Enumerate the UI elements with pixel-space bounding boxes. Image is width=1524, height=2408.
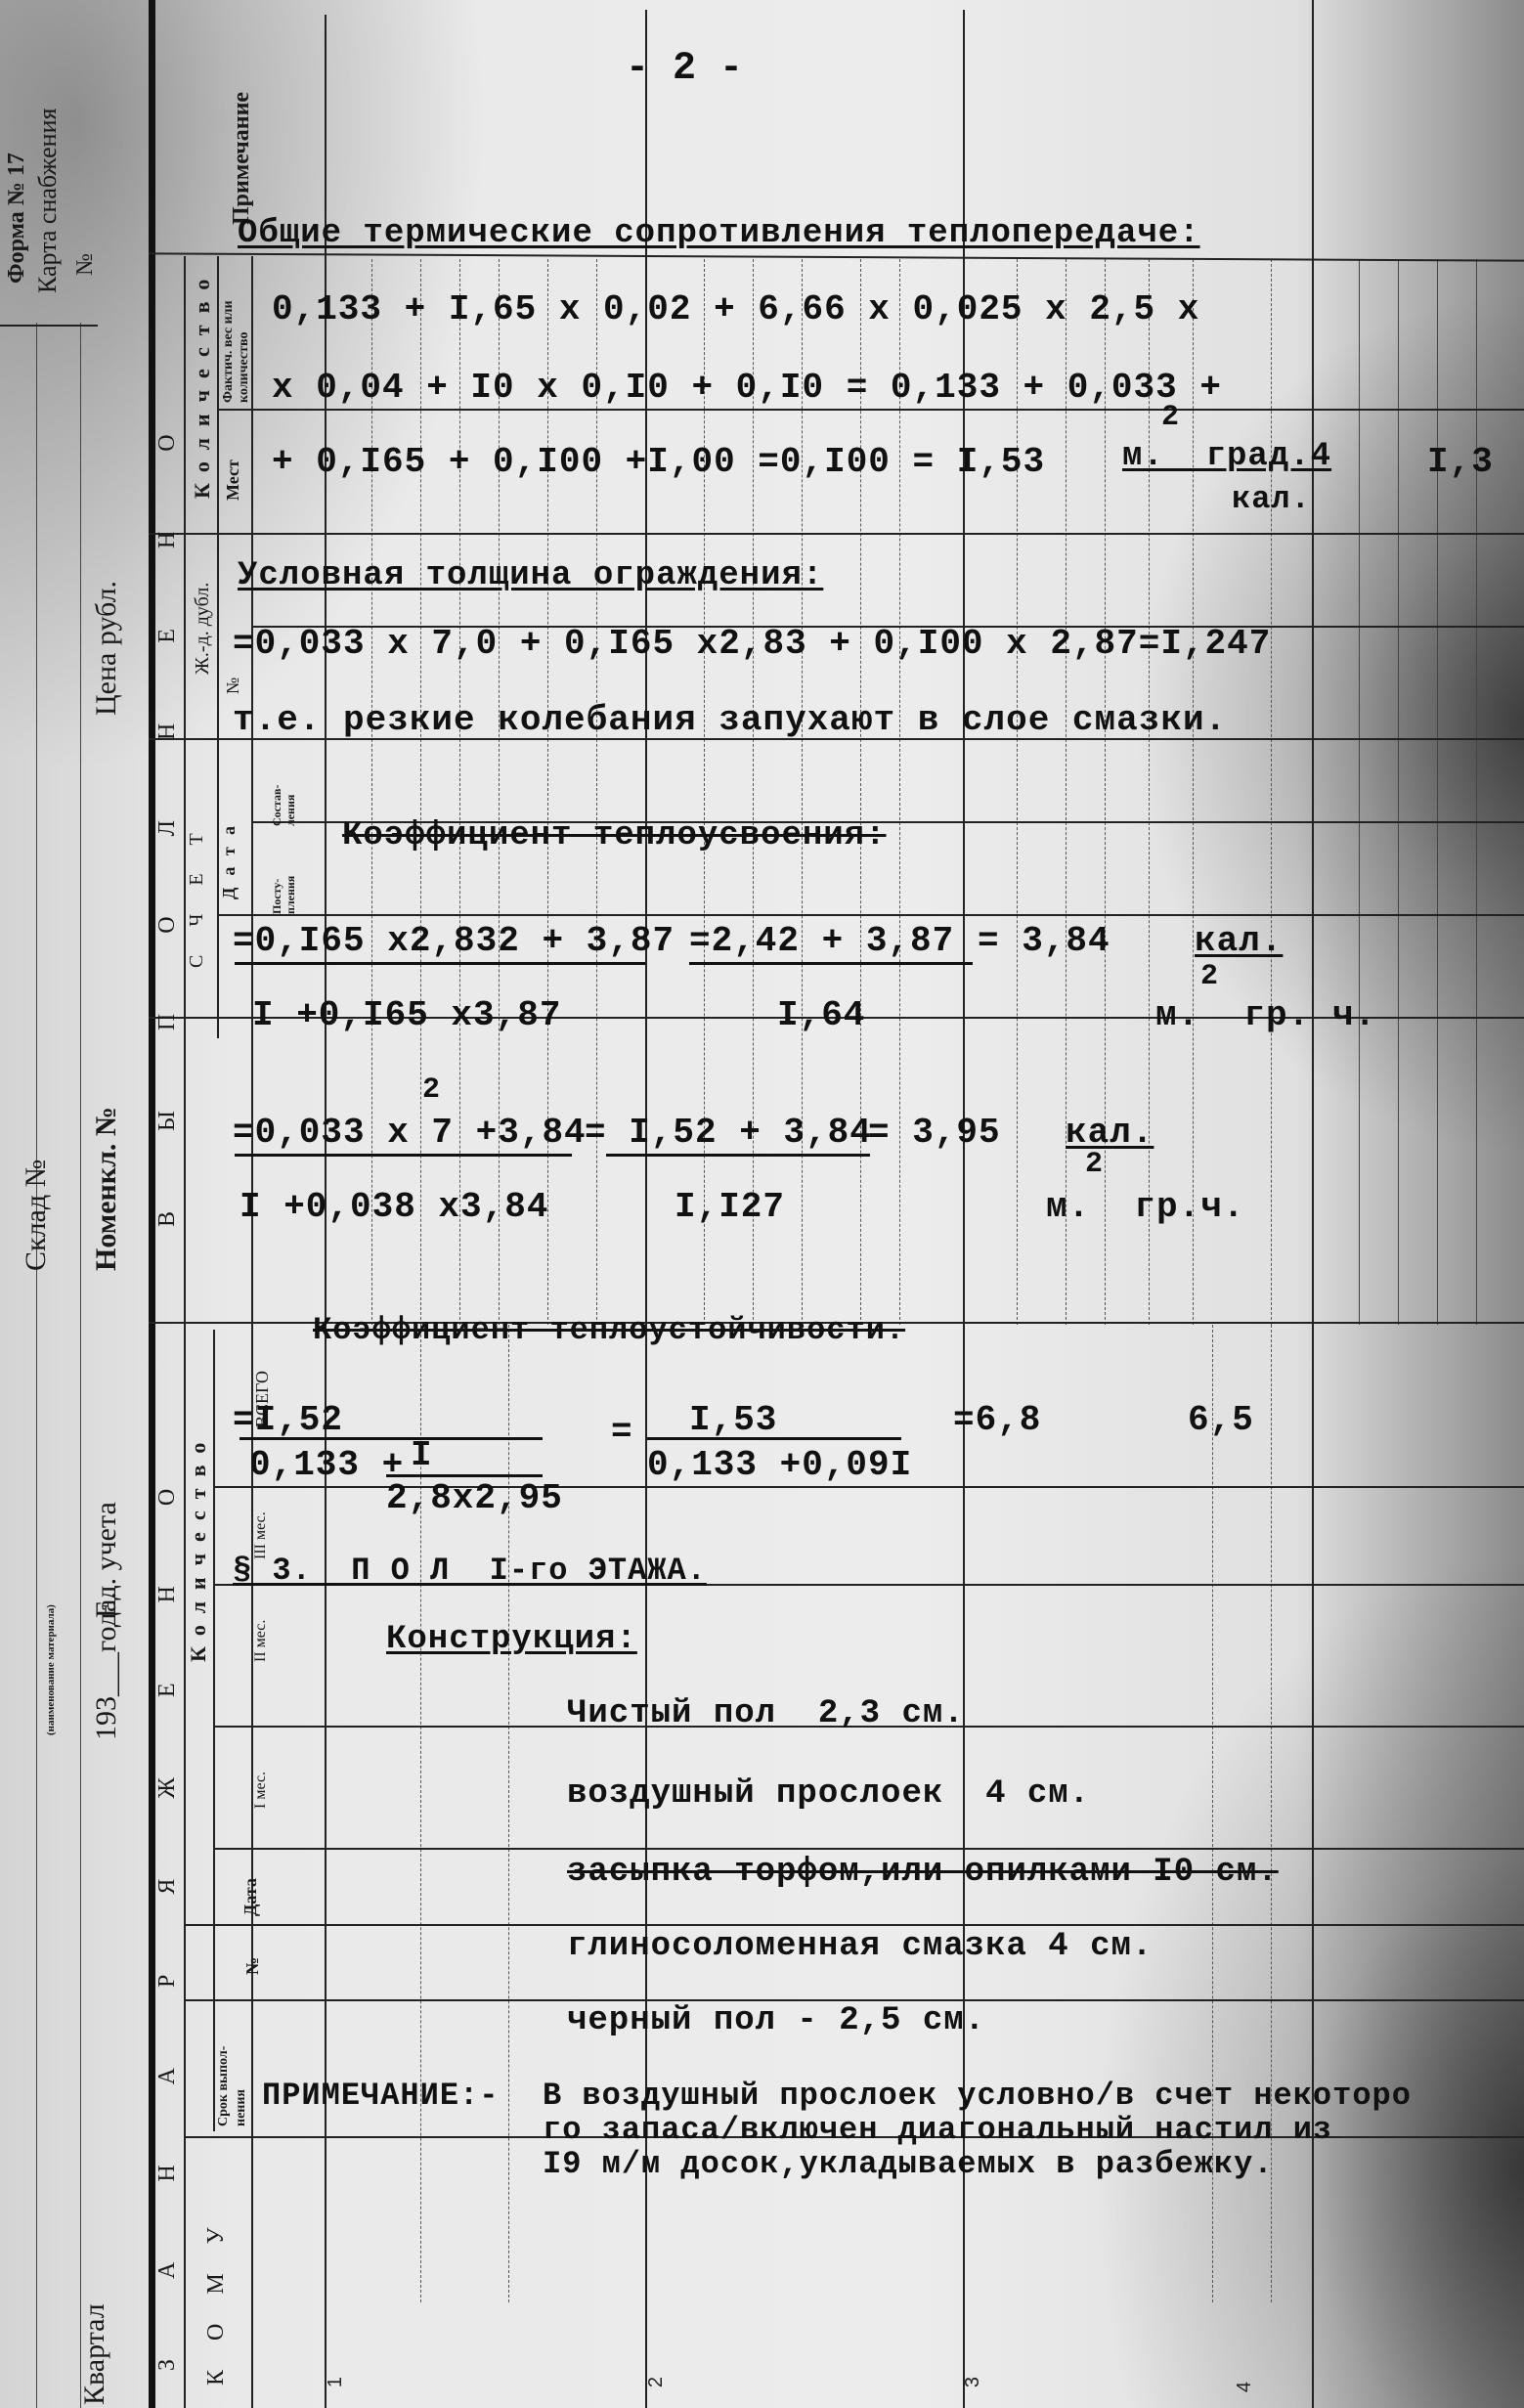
column-number-2: 2 [645, 2377, 668, 2387]
ledger-subcolumn-line [547, 259, 548, 1325]
kolichestvo-top-header: Количество [190, 268, 215, 499]
strip-line [217, 256, 219, 1038]
zd-no-header: № [223, 678, 243, 694]
ledger-subcolumn-line [860, 259, 861, 1325]
section1-unit-num: м. град.4 [1122, 438, 1331, 475]
ledger-subcolumn-line [1476, 259, 1477, 1325]
komu-header: К О М У [203, 2215, 230, 2386]
quarter-label: Квартал [78, 2303, 111, 2405]
section5-heading: § 3. П О Л I-го ЭТАЖА. [233, 1553, 707, 1589]
section4-heading: Коэффициент теплоустойчивости. [313, 1312, 905, 1348]
f1-unit-sup: 2 [1200, 960, 1219, 993]
margin-line [80, 323, 81, 2408]
form-title: Форма № 17 [4, 153, 30, 284]
note-label: ПРИМЕЧАНИЕ:- [262, 2078, 499, 2114]
row-rule [213, 1848, 1524, 1850]
section2-line1: =0,033 x 7,0 + 0,I65 x2,83 + 0,I00 x 2,8… [233, 624, 1271, 664]
section2-line2: т.е. резкие колебания запухают в слое см… [233, 700, 1227, 740]
kolichestvo-bottom-header: Количество [186, 1431, 211, 1662]
f1-fraction-bar [235, 962, 645, 965]
mest-header: Мест [223, 460, 243, 501]
section1-unit-sup: 2 [1161, 401, 1180, 434]
ledger-subcolumn-line [1271, 259, 1272, 1325]
ledger-subcolumn-line [1437, 259, 1438, 1325]
row-rule [149, 252, 1524, 261]
scanned-document-page: Форма № 17 Карта снабжения № Склад № Ном… [0, 0, 1524, 2408]
row-rule [184, 1999, 1524, 2001]
f1-unit-numerator: кал. [1195, 921, 1283, 961]
layer-3: засыпка торфом,или опилками I0 см. [567, 1854, 1279, 1891]
layer-4: глиносоломенная смазка 4 см. [567, 1928, 1153, 1965]
ledger-subcolumn-line [899, 259, 900, 1325]
s4-fraction-bar [239, 1437, 543, 1440]
f1-mid-fraction-bar [689, 962, 973, 965]
section1-heading: Общие термические сопротивления теплопер… [238, 215, 1200, 252]
zd-dubl-header: Ж.-д. дубл. [192, 583, 214, 675]
column-line-4 [1312, 0, 1314, 2408]
s4-mid-denominator: 0,133 +0,09I [647, 1445, 912, 1485]
price-label: Цена рубл. [90, 581, 123, 716]
schet-header: С Ч Е Т [186, 821, 208, 968]
construction-label: Конструкция: [386, 1621, 637, 1658]
ledger-subcolumn-line [1105, 259, 1106, 1325]
section1-side-value: I,3 [1427, 442, 1494, 482]
f2-unit-denominator: м. гр.ч. [1046, 1187, 1244, 1227]
sklad-label: Склад № [20, 1160, 53, 1271]
s4-numerator: =I,52 [233, 1400, 343, 1440]
strip-line [213, 1330, 215, 2131]
data-header: Дата [219, 814, 239, 899]
fact-weight-header: Фактич. вес или количество [221, 266, 252, 403]
section1-line2: x 0,04 + I0 x 0,I0 + 0,I0 = 0,133 + 0,03… [272, 368, 1222, 408]
f1-mid-numerator: =2,42 + 3,87 [689, 921, 954, 961]
page-number: - 2 - [626, 47, 743, 91]
no2-header: № [242, 1957, 263, 1975]
strip-line [184, 256, 186, 2408]
column-number-3: 3 [962, 2377, 984, 2387]
ledger-subcolumn-line [508, 1325, 509, 2302]
s4-inner-fraction-bar [386, 1474, 543, 1477]
layer-1: Чистый пол 2,3 см. [567, 1695, 965, 1732]
data2-header: Дата [240, 1878, 261, 1916]
f1-unit-denominator: м. гр. ч. [1155, 995, 1376, 1035]
section2-heading: Условная толщина ограждения: [238, 557, 823, 594]
note-line-3: I9 м/м досок,укладываемых в разбежку. [543, 2146, 1274, 2182]
ledger-subcolumn-line [1359, 259, 1360, 1325]
ledger-subcolumn-line [596, 259, 597, 1325]
note-line-2: го запаса/включен диагональный настил из [543, 2112, 1332, 2148]
f2-result: = 3,95 [868, 1113, 1001, 1153]
header-rule [0, 325, 98, 327]
ledger-subcolumn-line [420, 259, 421, 1325]
note-line-1: В воздушный прослоек условно/в счет неко… [543, 2078, 1412, 2114]
s4-denominator-inner-den: 2,8x2,95 [386, 1478, 563, 1518]
month2-header: II мес. [252, 1620, 270, 1662]
row-rule [184, 1924, 1524, 1926]
f2-mid-numerator: = I,52 + 3,84 [585, 1113, 872, 1153]
ledger-subcolumn-line [371, 259, 372, 1325]
s4-denominator-inner-num: I [411, 1435, 433, 1475]
row-rule [217, 914, 1524, 916]
s4-denominator-left: 0,133 + [249, 1445, 404, 1485]
row-rule [149, 533, 1524, 535]
card-title: Карта снабжения [33, 109, 63, 293]
section1-line1: 0,133 + I,65 x 0,02 + 6,66 x 0,025 x 2,5… [272, 289, 1199, 329]
ledger-subcolumn-line [704, 259, 705, 1325]
nomenkl-label: Номенкл. № [90, 1107, 123, 1271]
section3-heading: Коэффициент теплоусвоения: [342, 817, 887, 854]
unit-label: Ед. учета [90, 1502, 123, 1618]
f2-denominator: I +0,038 x3,84 [239, 1187, 548, 1227]
month1-header: I мес. [252, 1772, 270, 1809]
f2-fraction-bar [235, 1154, 572, 1157]
ledger-subcolumn-line [1193, 259, 1194, 1325]
margin-line [36, 323, 37, 2408]
srok-header: Срок выпол-нения [215, 2019, 250, 2126]
ledger-subcolumn-line [1149, 259, 1150, 1325]
column-number-1: 1 [325, 2377, 347, 2387]
s4-mid-numerator: I,53 [689, 1400, 777, 1440]
f1-denominator: I +0,I65 x3,87 [252, 995, 561, 1035]
material-caption: (наименование материала) [45, 1604, 57, 1735]
s4-result: =6,8 [953, 1400, 1041, 1440]
layer-2: воздушный прослоек 4 см. [567, 1775, 1090, 1813]
section-zanaryazheno: З А Н А Р Я Ж Е Н О [154, 1452, 181, 2371]
f2-unit-sup: 2 [1085, 1148, 1104, 1181]
section1-line3: + 0,I65 + 0,I00 +I,00 =0,I00 = I,53 [272, 442, 1045, 482]
ledger-subcolumn-line [1398, 259, 1399, 1325]
f1-mid-denominator: I,64 [777, 995, 865, 1035]
f1-result: = 3,84 [978, 921, 1110, 961]
column-number-4: 4 [1234, 2382, 1256, 2392]
postupleniya-header: Посту-пления [270, 846, 297, 914]
remark-header: Примечание [229, 92, 255, 225]
s4-mid-fraction-bar [647, 1437, 901, 1440]
ledger-subcolumn-line [1017, 259, 1018, 1325]
ledger-subcolumn-line [753, 259, 754, 1325]
ledger-subcolumn-line [1066, 259, 1067, 1325]
sostavleniya-header: Состав-ления [270, 758, 297, 826]
section-vypolneno: В Ы П О Л Н Е Н О [154, 397, 181, 1227]
row-rule [217, 409, 1524, 411]
f2-mid-fraction-bar [606, 1154, 870, 1157]
ledger-subcolumn-line [802, 259, 803, 1325]
f1-numerator: =0,I65 x2,832 + 3,87 [233, 921, 675, 961]
ledger-subcolumn-line [459, 259, 460, 1325]
s4-side-value: 6,5 [1188, 1400, 1254, 1440]
f2-numerator: =0,033 x 7 +3,84 [233, 1113, 587, 1153]
f2-sup: 2 [422, 1073, 441, 1107]
card-number-label: № [72, 253, 99, 276]
s4-equals: = [611, 1412, 633, 1452]
f2-mid-denominator: I,I27 [675, 1187, 785, 1227]
ledger-subcolumn-line [499, 259, 500, 1325]
layer-5: черный пол - 2,5 см. [567, 2002, 985, 2039]
section1-unit-den: кал. [1232, 481, 1311, 517]
f2-unit-numerator: кал. [1066, 1113, 1154, 1153]
